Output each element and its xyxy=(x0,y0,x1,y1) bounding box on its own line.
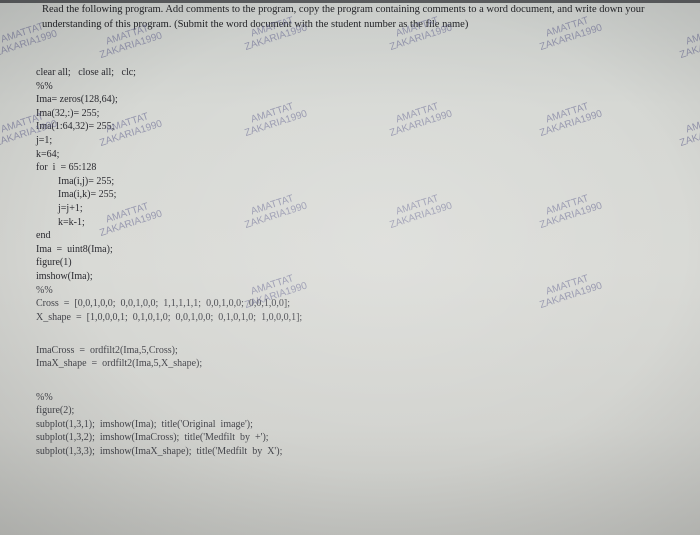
code-line xyxy=(36,330,456,344)
code-line: figure(2); xyxy=(36,404,456,418)
code-line: subplot(1,3,1); imshow(Ima); title('Orig… xyxy=(36,418,456,432)
code-line: Ima(1:64,32)= 255; xyxy=(36,120,456,134)
code-line: ImaX_shape = ordfilt2(Ima,5,X_shape); xyxy=(36,357,456,371)
code-line: ImaCross = ordfilt2(Ima,5,Cross); xyxy=(36,344,456,358)
watermark: AMATTATZAKARIA1990 xyxy=(535,190,604,231)
code-line: k=k-1; xyxy=(36,216,456,230)
code-line: %% xyxy=(36,80,456,94)
code-line: X_shape = [1,0,0,0,1; 0,1,0,1,0; 0,0,1,0… xyxy=(36,311,456,325)
matlab-code-block: clear all; close all; clc;%%Ima= zeros(1… xyxy=(36,66,456,459)
code-line: Ima(i,j)= 255; xyxy=(36,175,456,189)
code-line: j=1; xyxy=(36,134,456,148)
code-line: Ima= zeros(128,64); xyxy=(36,93,456,107)
code-line: Ima(i,k)= 255; xyxy=(36,188,456,202)
code-line: %% xyxy=(36,391,456,405)
code-line: subplot(1,3,3); imshow(ImaX_shape); titl… xyxy=(36,445,456,459)
watermark: AMATTATZAKARIA1990 xyxy=(535,98,604,139)
code-line: clear all; close all; clc; xyxy=(36,66,456,80)
code-line xyxy=(36,377,456,391)
assignment-instructions: Read the following program. Add comments… xyxy=(42,2,682,32)
code-line: subplot(1,3,2); imshow(ImaCross); title(… xyxy=(36,431,456,445)
watermark: AMATTATZAKARIA1990 xyxy=(675,108,700,149)
code-line: Ima(32,:)= 255; xyxy=(36,107,456,121)
code-line: for i = 65:128 xyxy=(36,161,456,175)
watermark: AMATTATZAKARIA1990 xyxy=(535,270,604,311)
code-line: figure(1) xyxy=(36,256,456,270)
code-line: end xyxy=(36,229,456,243)
code-line: j=j+1; xyxy=(36,202,456,216)
code-line: k=64; xyxy=(36,148,456,162)
code-line: Cross = [0,0,1,0,0; 0,0,1,0,0; 1,1,1,1,1… xyxy=(36,297,456,311)
code-line: Ima = uint8(Ima); xyxy=(36,243,456,257)
code-line: imshow(Ima); xyxy=(36,270,456,284)
code-line: %% xyxy=(36,284,456,298)
